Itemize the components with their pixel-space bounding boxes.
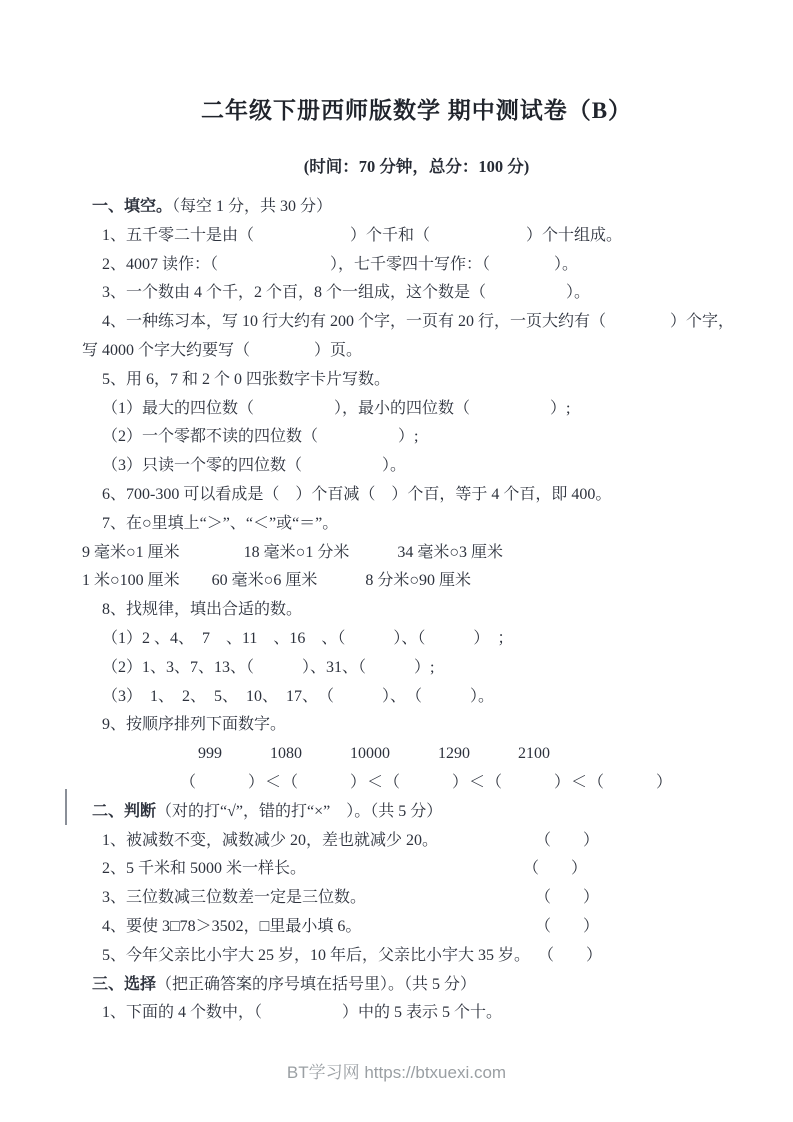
judge-q4-answer-bracket: （ ） bbox=[535, 913, 599, 942]
fill-q6: 6、700-300 可以看成是（ ）个百减（ ）个百，等于 4 个百，即 400… bbox=[102, 481, 753, 510]
fill-q9-numbers-row: 999 1080 10000 1290 2100 bbox=[198, 740, 753, 769]
judge-q4: 4、要使 3□78＞3502，□里最小填 6。（ ） bbox=[102, 913, 753, 942]
fill-q7-compare-row-1: 9 毫米○1 厘米 18 毫米○1 分米 34 毫米○3 厘米 bbox=[82, 539, 753, 568]
fill-q8-sub1: （1）2 、4、 7 、11 、16 、（ ）、（ ） ； bbox=[102, 625, 753, 654]
section-judge-note: （对的打“√”，错的打“×” ）。（共 5 分） bbox=[156, 803, 442, 820]
fill-q5-sub3: （3）只读一个零的四位数（ ）。 bbox=[102, 452, 753, 481]
judge-q4-text: 4、要使 3□78＞3502，□里最小填 6。 bbox=[102, 918, 361, 935]
section-judge-title: 二、判断 bbox=[92, 803, 156, 820]
left-margin-mark bbox=[65, 789, 67, 825]
fill-q5-sub1: （1）最大的四位数（ ），最小的四位数（ ）; bbox=[102, 395, 753, 424]
fill-q2: 2、4007 读作：（ ），七千零四十写作：（ ）。 bbox=[102, 251, 753, 280]
fill-q7-compare-row-2: 1 米○100 厘米 60 毫米○6 厘米 8 分米○90 厘米 bbox=[82, 567, 753, 596]
judge-q1-answer-bracket: （ ） bbox=[535, 827, 599, 856]
page-title: 二年级下册西师版数学 期中测试卷（B） bbox=[80, 0, 753, 128]
judge-q3: 3、三位数减三位数差一定是三位数。（ ） bbox=[102, 884, 753, 913]
fill-q4-continued: 写 4000 个字大约要写（ ）页。 bbox=[82, 337, 753, 366]
section-fill-note: （每空 1 分，共 30 分） bbox=[172, 198, 332, 215]
questions-content: 一、填空。（每空 1 分，共 30 分） 1、五千零二十是由（ ）个千和（ ）个… bbox=[80, 193, 753, 1028]
fill-q3: 3、一个数由 4 个千，2 个百，8 个一组成，这个数是（ ）。 bbox=[102, 279, 753, 308]
fill-q1: 1、五千零二十是由（ ）个千和（ ）个十组成。 bbox=[102, 222, 753, 251]
fill-q8-sub3: （3） 1、 2、 5、 10、 17、 （ ）、 （ ）。 bbox=[102, 683, 753, 712]
fill-q8: 8、找规律，填出合适的数。 bbox=[102, 596, 753, 625]
judge-q5-answer-bracket: （ ） bbox=[538, 942, 602, 971]
section-fill-title: 一、填空。 bbox=[92, 198, 172, 215]
judge-q2: 2、5 千米和 5000 米一样长。（ ） bbox=[102, 855, 753, 884]
fill-q5-sub2: （2）一个零都不读的四位数（ ）; bbox=[102, 423, 753, 452]
section-choice-header: 三、选择（把正确答案的序号填在括号里）。（共 5 分） bbox=[92, 971, 753, 1000]
fill-q9: 9、按顺序排列下面数字。 bbox=[102, 711, 753, 740]
judge-q5: 5、今年父亲比小宇大 25 岁，10 年后，父亲比小宇大 35 岁。（ ） bbox=[102, 942, 753, 971]
section-choice-note: （把正确答案的序号填在括号里）。（共 5 分） bbox=[156, 976, 476, 993]
choice-q1: 1、下面的 4 个数中，（ ）中的 5 表示 5 个十。 bbox=[102, 999, 753, 1028]
section-choice-title: 三、选择 bbox=[92, 976, 156, 993]
fill-q7: 7、在○里填上“＞”、“＜”或“＝”。 bbox=[102, 510, 753, 539]
judge-q1: 1、被减数不变，减数减少 20，差也就减少 20。（ ） bbox=[102, 827, 753, 856]
section-fill-header: 一、填空。（每空 1 分，共 30 分） bbox=[92, 193, 753, 222]
document-body: 二年级下册西师版数学 期中测试卷（B） (时间：70 分钟，总分：100 分) … bbox=[0, 0, 793, 1028]
exam-time-score-note: (时间：70 分钟，总分：100 分) bbox=[80, 152, 753, 181]
site-watermark: BT学习网 https://btxuexi.com bbox=[0, 1060, 793, 1086]
fill-q8-sub2: （2）1、3、7、13、（ ）、31、（ ）; bbox=[102, 654, 753, 683]
judge-q2-text: 2、5 千米和 5000 米一样长。 bbox=[102, 860, 306, 877]
exam-paper-page: 二年级下册西师版数学 期中测试卷（B） (时间：70 分钟，总分：100 分) … bbox=[0, 0, 793, 1122]
judge-q2-answer-bracket: （ ） bbox=[523, 855, 587, 884]
judge-q3-answer-bracket: （ ） bbox=[535, 884, 599, 913]
fill-q5: 5、用 6，7 和 2 个 0 四张数字卡片写数。 bbox=[102, 366, 753, 395]
judge-q1-text: 1、被减数不变，减数减少 20，差也就减少 20。 bbox=[102, 832, 438, 849]
fill-q9-ordering-row: （ ）＜（ ）＜（ ）＜（ ）＜（ ） bbox=[180, 769, 753, 798]
section-judge-header: 二、判断（对的打“√”，错的打“×” ）。（共 5 分） bbox=[92, 798, 753, 827]
judge-q5-text: 5、今年父亲比小宇大 25 岁，10 年后，父亲比小宇大 35 岁。 bbox=[102, 947, 530, 964]
judge-q3-text: 3、三位数减三位数差一定是三位数。 bbox=[102, 889, 366, 906]
fill-q4: 4、一种练习本，写 10 行大约有 200 个字，一页有 20 行，一页大约有（… bbox=[102, 308, 753, 337]
